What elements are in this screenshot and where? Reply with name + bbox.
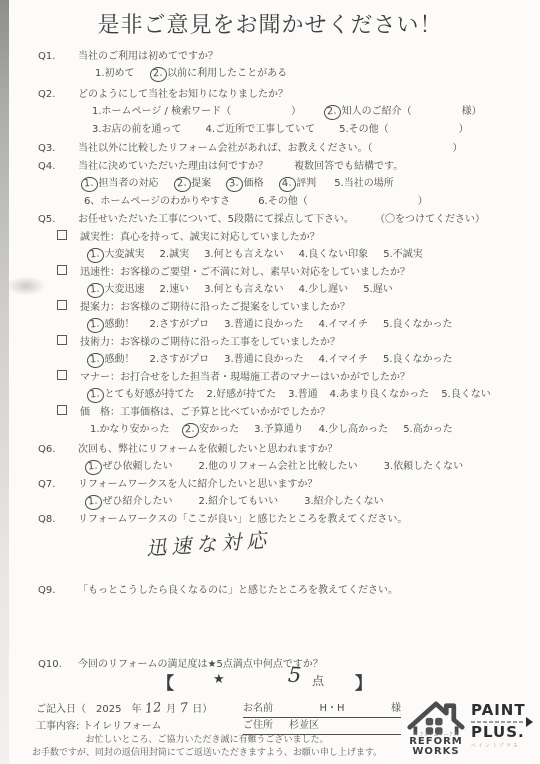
q5-item-title: 提案力：お客様のご期待に沿ったご提案をしていましたか？	[80, 302, 350, 313]
option: 3.普通	[288, 385, 318, 400]
date-year: （ 2025 年	[76, 704, 141, 715]
q8-answer-handwriting: 迅速な対応	[145, 524, 272, 562]
circled-answer-number: 2.	[173, 176, 191, 192]
option-number: 4.	[330, 389, 340, 400]
option-label: 少し高かった	[328, 424, 388, 435]
q4-label: Q4.	[38, 161, 78, 172]
name-value: H・H	[319, 699, 344, 714]
option-label: 普通	[298, 389, 318, 400]
option-number: 3.	[384, 461, 394, 472]
option: 3.何とも言えない	[204, 280, 284, 295]
q3-row: Q3.当社以外に比較したリフォーム会社があれば、お教えください。（ ）	[38, 139, 463, 154]
option-number: 3.	[92, 124, 102, 135]
option-number: 2.	[199, 496, 209, 507]
option-label: 不誠実	[393, 249, 423, 260]
address-value: 杉並区	[289, 716, 319, 731]
option-number: 2.	[150, 354, 160, 365]
option-label: さすがプロ	[159, 354, 209, 365]
option-label: 良くなかった	[393, 319, 453, 330]
q10-bracket-open: 【	[157, 669, 174, 694]
paint-plus-logo-line1: PAINT	[471, 703, 526, 718]
option-number: 1.	[92, 106, 102, 117]
option: 5.良くなかった	[383, 315, 453, 330]
address-label: ご住所	[243, 716, 273, 731]
date-row: ご記入日（ 2025 年12月7日）	[36, 700, 212, 716]
option: 1.感動！	[90, 315, 135, 331]
q4-question: 当社に決めていただいた理由は何ですか？	[78, 161, 268, 172]
option-number: 2.	[207, 389, 217, 400]
q5-item-speed-options: 1.大変迅速2.速い3.何とも言えない4.少し遅い5.遅い	[90, 280, 408, 296]
q5-item-title: マナー：お打合せをした担当者・現場施工者のマナーはいかがでしたか？	[80, 372, 410, 383]
option-label: 感動！	[105, 354, 135, 365]
option-number: 5.	[383, 249, 393, 260]
option: 1.とても好感が持てた	[90, 385, 195, 401]
option: 4.良くない印象	[299, 245, 369, 260]
q6-row: Q6.次回も、弊社にリフォームを依頼したいと思われますか？	[38, 440, 338, 455]
option-label: とても好感が持てた	[105, 389, 195, 400]
paint-plus-logo-line2: PLUS.	[471, 725, 525, 740]
option: 2.好感が持てた	[207, 385, 277, 400]
option: 2.知人のご紹介（ 様）	[327, 102, 482, 118]
work-value: トイレリフォーム	[83, 721, 162, 732]
option: 1.大変迅速	[90, 280, 145, 296]
q5-item-proposal-options: 1.感動！2.さすがプロ3.普通に良かった4.イマイチ5.良くなかった	[90, 315, 468, 331]
option-number: 4.	[319, 319, 329, 330]
option-label: 知人のご紹介（ 様）	[342, 106, 482, 117]
q6-options: 1.ぜひ依頼したい2.他のリフォーム会社と比較したい3.依頼したくない	[88, 457, 489, 473]
option-label: 当社の場所	[344, 178, 394, 189]
option-label: 他のリフォーム会社と比較したい	[208, 461, 358, 472]
option: 6、ホームページのわかりやすさ	[84, 192, 230, 207]
q1-label: Q1.	[38, 51, 78, 62]
option-number: 5.	[334, 178, 344, 189]
q5-item-title: 迅速性：お客様のご要望・ご不満に対し、素早い対応をしていましたか？	[80, 267, 410, 278]
option-label: ご近所で工事していて	[215, 124, 315, 135]
option-number: 1.	[95, 68, 105, 79]
q8-row: Q8.リフォームワークスの「ここが良い」と感じたところを教えてください。	[38, 510, 407, 525]
q5-item-price: 価 格：工事価格は、ご予算と比べていかがでしたか？	[57, 403, 330, 418]
option-label: 普通に良かった	[234, 354, 304, 365]
circled-answer-number: 2.	[323, 104, 341, 120]
option: 2.以前に利用したことがある	[153, 64, 288, 80]
option: 2.速い	[160, 280, 190, 295]
q5-label: Q5.	[38, 214, 78, 225]
q5-item-sincerity-options: 1.大変誠実2.誠実3.何とも言えない4.良くない印象5.不誠実	[90, 245, 438, 261]
option-number: 2.	[150, 319, 160, 330]
date-day-unit: 日）	[192, 704, 212, 715]
option-label: その他（ ）	[349, 124, 469, 135]
option-label: 予算通り	[264, 424, 304, 435]
option: 3.紹介したくない	[304, 492, 384, 507]
option-label: 何とも言えない	[214, 284, 284, 295]
q2-options-row1: 1.ホームページ / 検索ワード（ ）2.知人のご紹介（ 様）	[92, 102, 508, 118]
option: 2.誠実	[160, 245, 190, 260]
name-suffix: 様	[391, 699, 401, 714]
circled-answer-number: 1.	[84, 494, 102, 510]
paint-plus-katakana: ペイントプラス	[471, 742, 529, 749]
checkbox-icon	[57, 370, 67, 380]
checkbox-icon	[57, 230, 67, 240]
checkbox-icon	[57, 300, 67, 310]
q10-question: 今回のリフォームの満足度は★5点満点中何点ですか？	[78, 659, 323, 670]
option-label: 少し遅い	[308, 284, 348, 295]
option: 5.高かった	[403, 420, 453, 435]
option-label: 紹介してもいい	[208, 496, 278, 507]
option-number: 5.	[339, 124, 349, 135]
option: 2.紹介してもいい	[199, 492, 279, 507]
star-icon: ★	[213, 672, 225, 687]
survey-page: 是非ご意見をお聞かせください！ Q1.当社のご利用は初めてですか？ 1.初めて2…	[0, 0, 540, 764]
option-number: 5.	[403, 424, 413, 435]
q3-question: 当社以外に比較したリフォーム会社があれば、お教えください。（ ）	[78, 143, 463, 154]
q9-row: Q9.「もっとこうしたら良くなるのに」と感じたところを教えてください。	[38, 581, 398, 596]
q4-note: 複数回答でも結構です。	[294, 161, 403, 172]
option: 3.普通に良かった	[224, 350, 304, 365]
option-number: 3.	[204, 249, 214, 260]
option: 4.評判	[282, 174, 317, 190]
option: 5.遅い	[363, 280, 393, 295]
option-label: 安かった	[199, 424, 239, 435]
option: 3.依頼したくない	[384, 457, 464, 472]
option-label: あまり良くなかった	[339, 389, 429, 400]
option-label: 普通に良かった	[234, 319, 304, 330]
option-number: 5.	[363, 284, 373, 295]
option: 1.初めて	[95, 64, 135, 79]
option-label: 感動！	[105, 319, 135, 330]
option: 2.安かった	[185, 420, 240, 436]
option-label: イマイチ	[328, 319, 368, 330]
q5-item-title: 誠実性：真心を持って、誠実に対応していましたか？	[80, 232, 320, 243]
form-title: 是非ご意見をお聞かせください！	[0, 8, 540, 39]
house-icon	[406, 697, 466, 735]
option: 4.少し遅い	[299, 280, 349, 295]
option-label: 大変迅速	[105, 284, 145, 295]
name-label: お名前	[243, 699, 273, 714]
option-label: 評判	[296, 178, 316, 189]
option: 6.その他（ ）	[258, 192, 428, 207]
q2-options-row2: 3.お店の前を通って4.ご近所で工事していて5.その他（ ）	[92, 120, 493, 135]
q7-label: Q7.	[38, 479, 78, 490]
q3-label: Q3.	[38, 143, 78, 154]
q4-options-row1: 1.担当者の対応2.提案3.価格4.評判5.当社の場所	[84, 174, 412, 190]
q4-options-row2: 6、ホームページのわかりやすさ6.その他（ ）	[84, 192, 456, 207]
q1-question: 当社のご利用は初めてですか？	[78, 51, 218, 62]
q8-question: リフォームワークスの「ここが良い」と感じたところを教えてください。	[78, 514, 407, 525]
circled-answer-number: 1.	[84, 459, 102, 475]
checkbox-icon	[57, 265, 67, 275]
option-number: 3.	[304, 496, 314, 507]
circled-answer-number: 4.	[278, 176, 296, 192]
option-number: 3.	[254, 424, 264, 435]
option-number: 4.	[299, 284, 309, 295]
thanks-line-2: お手数ですが、同封の返信用封筒にてご返送いただきますよう、お願い申し上げます。	[0, 745, 414, 758]
checkbox-icon	[57, 405, 67, 415]
option-number: 2.	[160, 284, 170, 295]
q5-question: お任せいただいた工事について、5段階にて採点して下さい。	[78, 214, 354, 225]
option-label: 紹介したくない	[314, 496, 384, 507]
work-label: 工事内容:	[36, 721, 79, 732]
option-number: 2.	[199, 461, 209, 472]
option: 1.ぜひ紹介したい	[88, 492, 173, 508]
q4-row: Q4.当社に決めていただいた理由は何ですか？複数回答でも結構です。	[38, 157, 403, 172]
option-number: 3.	[224, 319, 234, 330]
option-number: 4.	[299, 249, 309, 260]
option: 1.ぜひ依頼したい	[88, 457, 173, 473]
circled-answer-number: 1.	[86, 317, 104, 333]
option-label: ぜひ紹介したい	[103, 496, 173, 507]
option-number: 3.	[224, 354, 234, 365]
option-number: 3.	[204, 284, 214, 295]
q2-question: どのようにして当社をお知りになりましたか？	[78, 89, 288, 100]
option: 1.感動！	[90, 350, 135, 366]
q5-item-price-options: 1.かなり安かった2.安かった3.予算通り4.少し高かった5.高かった	[90, 420, 468, 436]
option-label: ホームページのわかりやすさ	[100, 196, 230, 207]
option: 3.普通に良かった	[224, 315, 304, 330]
q9-question: 「もっとこうしたら良くなるのに」と感じたところを教えてください。	[78, 585, 398, 596]
option-number: 5.	[441, 389, 451, 400]
option: 4.ご近所で工事していて	[206, 120, 316, 135]
q5-item-manner: マナー：お打合せをした担当者・現場施工者のマナーはいかがでしたか？	[57, 368, 410, 383]
option-number: 4.	[319, 424, 329, 435]
date-month-unit: 月	[166, 704, 176, 715]
scan-edge-shadow	[0, 0, 9, 764]
q5-item-speed: 迅速性：お客様のご要望・ご不満に対し、素早い対応をしていましたか？	[57, 263, 410, 278]
date-month-handwriting: 12	[145, 700, 163, 717]
option-label: ぜひ依頼したい	[103, 461, 173, 472]
option-label: 速い	[169, 284, 189, 295]
option-label: イマイチ	[328, 354, 368, 365]
q2-label: Q2.	[38, 89, 78, 100]
option: 2.他のリフォーム会社と比較したい	[199, 457, 358, 472]
q6-label: Q6.	[38, 444, 78, 455]
arrow-right-icon	[526, 717, 533, 727]
option-label: 依頼したくない	[393, 461, 463, 472]
option-label: 誠実	[169, 249, 189, 260]
option: 1.かなり安かった	[90, 420, 170, 435]
circled-answer-number: 1.	[86, 282, 104, 298]
option: 5.不誠実	[383, 245, 423, 260]
q7-options: 1.ぜひ紹介したい2.紹介してもいい3.紹介したくない	[88, 492, 410, 508]
q5-row: Q5.お任せいただいた工事について、5段階にて採点して下さい。（〇をつけてくださ…	[38, 210, 485, 225]
q10-unit: 点	[312, 672, 324, 689]
date-day-handwriting: 7	[179, 701, 189, 717]
option-number: 4.	[206, 124, 216, 135]
work-row: 工事内容: トイレリフォーム	[36, 717, 162, 732]
reform-works-logo-line2: WORKS	[404, 747, 468, 757]
option: 1.担当者の対応	[84, 174, 159, 190]
q9-label: Q9.	[38, 585, 78, 596]
q5-note: （〇をつけてください）	[380, 214, 485, 225]
q1-options: 1.初めて2.以前に利用したことがある	[95, 64, 305, 80]
option: 3.予算通り	[254, 420, 304, 435]
option-label: さすがプロ	[159, 319, 209, 330]
circled-answer-number: 2.	[149, 66, 167, 82]
option-label: 提案	[191, 178, 211, 189]
date-label: ご記入日	[36, 704, 76, 715]
q5-item-sincerity: 誠実性：真心を持って、誠実に対応していましたか？	[57, 228, 320, 243]
q10-row: Q10.今回のリフォームの満足度は★5点満点中何点ですか？	[38, 655, 323, 670]
scan-smudge	[6, 276, 46, 296]
q5-item-manner-options: 1.とても好感が持てた2.好感が持てた3.普通4.あまり良くなかった5.良くない	[90, 385, 503, 401]
option: 4.イマイチ	[319, 350, 368, 365]
option: 2.提案	[177, 174, 212, 190]
q5-item-skill: 技術力：お客様のご期待に沿った工事をしていましたか？	[57, 333, 340, 348]
option: 2.さすがプロ	[150, 350, 210, 365]
option: 4.イマイチ	[319, 315, 368, 330]
option-label: 好感が持てた	[216, 389, 276, 400]
option-label: ホームページ / 検索ワード（ ）	[102, 106, 302, 117]
option-number: 2.	[160, 249, 170, 260]
q10-bracket-close: 】	[355, 669, 372, 694]
q10-label: Q10.	[38, 659, 78, 670]
q10-score-handwriting: 5	[287, 663, 302, 688]
circled-answer-number: 3.	[225, 176, 243, 192]
q6-question: 次回も、弊社にリフォームを依頼したいと思われますか？	[78, 444, 338, 455]
option: 5.良くなかった	[383, 350, 453, 365]
option-number: 3.	[288, 389, 298, 400]
q5-item-title: 技術力：お客様のご期待に沿った工事をしていましたか？	[80, 337, 340, 348]
option-label: 大変誠実	[105, 249, 145, 260]
option: 2.さすがプロ	[150, 315, 210, 330]
circled-answer-number: 1.	[86, 387, 104, 403]
option-number: 5.	[383, 354, 393, 365]
q5-item-skill-options: 1.感動！2.さすがプロ3.普通に良かった4.イマイチ5.良くなかった	[90, 350, 468, 366]
option-label: かなり安かった	[100, 424, 170, 435]
option-label: 担当者の対応	[99, 178, 159, 189]
option-label: 初めて	[105, 68, 135, 79]
option-label: 良くなかった	[393, 354, 453, 365]
option-label: 以前に利用したことがある	[167, 68, 287, 79]
option-label: 価格	[244, 178, 264, 189]
option: 3.何とも言えない	[204, 245, 284, 260]
circled-answer-number: 1.	[86, 247, 104, 263]
circled-answer-number: 1.	[86, 352, 104, 368]
q5-item-title: 価 格：工事価格は、ご予算と比べていかがでしたか？	[80, 407, 330, 418]
option: 4.少し高かった	[319, 420, 389, 435]
option: 5.良くない	[441, 385, 491, 400]
option: 1.大変誠実	[90, 245, 145, 261]
option: 3.価格	[229, 174, 264, 190]
option-label: 遅い	[373, 284, 393, 295]
circled-answer-number: 1.	[80, 176, 98, 192]
q2-row: Q2.どのようにして当社をお知りになりましたか？	[38, 85, 288, 100]
circled-answer-number: 2.	[181, 422, 199, 438]
option-label: お店の前を通って	[102, 124, 182, 135]
q7-question: リフォームワークスを人に紹介したいと思いますか？	[78, 479, 317, 490]
option-number: 5.	[383, 319, 393, 330]
option: 4.あまり良くなかった	[330, 385, 430, 400]
option-number: 6.	[258, 196, 268, 207]
option-label: その他（ ）	[268, 196, 428, 207]
option-number: 6、	[84, 192, 100, 207]
q1-row: Q1.当社のご利用は初めてですか？	[38, 47, 218, 62]
checkbox-icon	[57, 335, 67, 345]
q8-label: Q8.	[38, 514, 78, 525]
option: 5.当社の場所	[334, 174, 394, 189]
option-number: 1.	[90, 424, 100, 435]
option: 5.その他（ ）	[339, 120, 469, 135]
q5-item-proposal: 提案力：お客様のご期待に沿ったご提案をしていましたか？	[57, 298, 350, 313]
option: 3.お店の前を通って	[92, 120, 182, 135]
option-label: 何とも言えない	[214, 249, 284, 260]
option-number: 4.	[319, 354, 329, 365]
option-label: 良くない印象	[308, 249, 368, 260]
option: 1.ホームページ / 検索ワード（ ）	[92, 102, 301, 117]
q7-row: Q7.リフォームワークスを人に紹介したいと思いますか？	[38, 475, 317, 490]
option-label: 良くない	[451, 389, 491, 400]
option-label: 高かった	[413, 424, 453, 435]
thanks-line-1: お忙しいところ、ご協力いただき誠に有難うございました。	[0, 732, 414, 745]
